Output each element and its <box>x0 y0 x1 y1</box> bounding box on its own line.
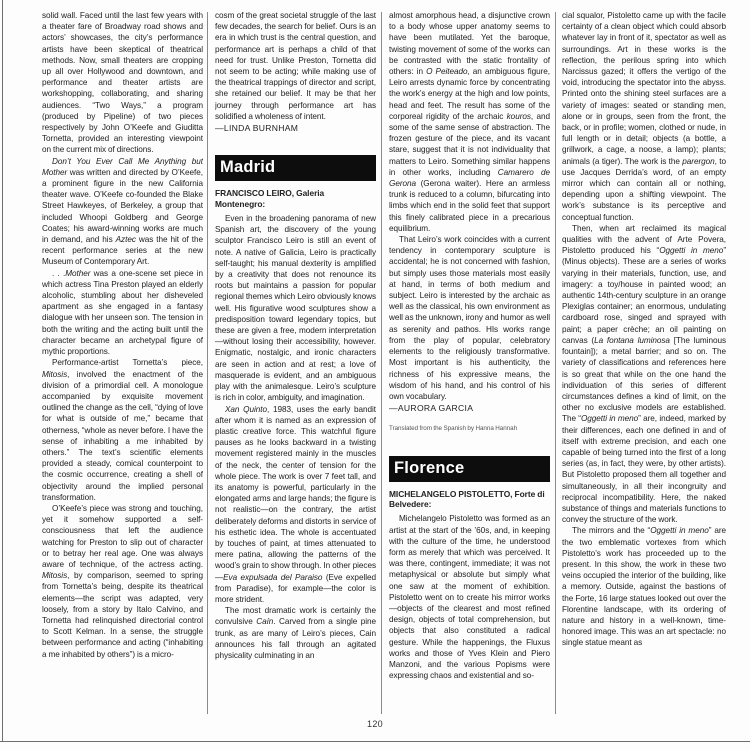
paragraph: solid wall. Faced until the last few yea… <box>42 10 203 156</box>
page-number: 120 <box>0 719 750 729</box>
byline: —LINDA BURNHAM <box>215 123 376 134</box>
paragraph: That Leiro’s work coincides with a curre… <box>389 234 550 402</box>
paragraph: Michelangelo Pistoletto was formed as an… <box>389 513 550 681</box>
page-border-bottom <box>0 741 750 742</box>
column-divider <box>207 12 208 714</box>
column-3: almost amorphous head, a disjunctive cro… <box>389 10 550 742</box>
paragraph: almost amorphous head, a disjunctive cro… <box>389 10 550 234</box>
paragraph: Xan Quinto, 1983, uses the early bandit … <box>215 404 376 606</box>
page-border-left <box>2 0 3 742</box>
column-4: cial squalor, Pistoletto came up with th… <box>562 10 726 742</box>
paragraph: Even in the broadening panorama of new S… <box>215 213 376 403</box>
byline: —AURORA GARCIA <box>389 403 550 414</box>
column-1: solid wall. Faced until the last few yea… <box>42 10 203 742</box>
translation-credit: Translated from the Spanish by Hanna Han… <box>389 423 550 434</box>
paragraph: cial squalor, Pistoletto came up with th… <box>562 10 726 223</box>
review-heading: FRANCISCO LEIRO, Galeria Montenegro: <box>215 188 376 210</box>
paragraph: Then, when art reclaimed its magical qua… <box>562 223 726 525</box>
review-heading: MICHELANGELO PISTOLETTO, Forte di Belved… <box>389 489 550 511</box>
column-divider <box>381 12 382 714</box>
paragraph: The most dramatic work is certainly the … <box>215 605 376 661</box>
paragraph: Don’t You Ever Call Me Anything but Moth… <box>42 156 203 268</box>
paragraph: Performance-artist Tornetta’s piece, Mit… <box>42 357 203 503</box>
magazine-page: solid wall. Faced until the last few yea… <box>0 0 750 750</box>
section-header-florence: Florence <box>389 456 550 482</box>
paragraph: cosm of the great societal struggle of t… <box>215 10 376 122</box>
paragraph: . . .Mother was a one-scene set piece in… <box>42 268 203 358</box>
column-divider <box>555 12 556 714</box>
section-header-madrid: Madrid <box>215 155 376 181</box>
column-2: cosm of the great societal struggle of t… <box>215 10 376 742</box>
paragraph: O’Keefe’s piece was strong and touching,… <box>42 503 203 660</box>
paragraph: The mirrors and the “Oggetti in meno” ar… <box>562 525 726 648</box>
